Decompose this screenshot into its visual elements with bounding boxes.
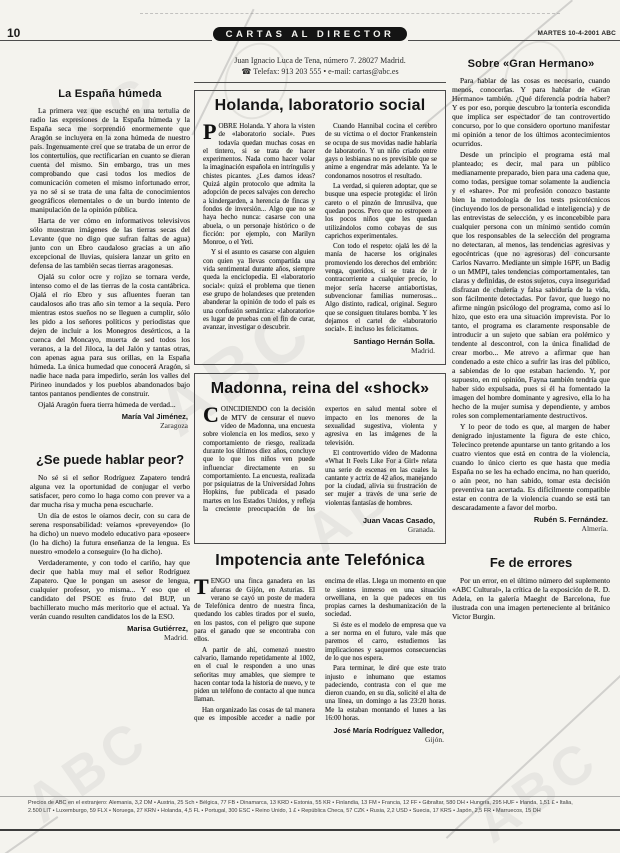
signature: Juan Vacas Casado, Granada. [203,516,435,534]
fineprint-rule [0,796,620,797]
signature-place: Madrid. [30,633,188,642]
article-madonna-reina-del-shock: Madonna, reina del «shock» COINCIDIENDO … [194,373,446,544]
article-title: Impotencia ante Telefónica [194,552,446,570]
signature-author: Marisa Gutiérrez, [30,624,188,633]
paragraph: Desde un principio el programa está mal … [452,150,610,420]
paragraph: Ojalá su color ocre y rojizo se tornara … [30,272,190,398]
signature: José María Rodríguez Valledor, Gijón. [194,726,444,744]
signature: Santiago Hernán Solla. Madrid. [203,337,435,355]
paragraph: Verdaderamente, y con todo el cariño, ha… [30,558,190,621]
signature-author: José María Rodríguez Valledor, [194,726,444,735]
right-column: Sobre «Gran Hermano» Para hablar de las … [452,58,610,796]
scan-scratch-line [0,816,58,853]
bottom-rule [0,829,620,831]
paragraph: El controvertido vídeo de Madonna «What … [325,449,437,507]
price-fineprint: Precios de ABC en el extranjero: Alemani… [28,800,594,815]
article-title: Fe de errores [452,555,610,570]
paragraph: La primera vez que escuché en una tertul… [30,106,190,214]
section-banner: CARTAS AL DIRECTOR [213,27,407,41]
article-impotencia-ante-telefonica: Impotencia ante Telefónica TENGO una fin… [194,552,446,744]
article-title: ¿Se puede hablar peor? [30,452,190,467]
article-title: Madonna, reina del «shock» [203,380,437,398]
signature-author: María Val Jiménez, [30,412,188,421]
header-rule-left [0,40,212,41]
paragraph: Si éste es el modelo de empresa que va a… [325,621,446,662]
signature-place: Madrid. [203,346,435,355]
paragraph: POBRE Holanda. Y ahora la visten de «lab… [203,122,315,246]
article-se-puede-hablar-peor: ¿Se puede hablar peor? No sé si el señor… [30,452,190,642]
article-title: Sobre «Gran Hermano» [452,58,610,70]
left-column: La España húmeda La primera vez que escu… [30,88,190,796]
signature: María Val Jiménez, Zaragoza [30,412,188,430]
paragraph: Un día de estos le oíamos decir, con su … [30,511,190,556]
paragraph: TENGO una finca ganadera en las afueras … [194,577,315,643]
paragraph: Y lo peor de todo es que, al margen de h… [452,422,610,512]
newspaper-page: ABC ABC ABC ABC ABC ABC 10 CARTAS AL DIR… [0,0,620,853]
signature-place: Almería. [452,524,608,533]
paragraph: Y si el asunto es casarse con alguien co… [203,248,315,331]
paragraph: Con todo el respeto: ojalá les dé la man… [325,242,437,333]
signature-place: Zaragoza [30,421,188,430]
page-date: MARTES 10-4-2001 ABC [537,30,616,37]
fineprint-line: 2.500 LIT • Luxemburgo, 59 FLX • Noruega… [28,808,594,816]
article-fe-de-errores: Fe de errores Por un error, en el último… [452,555,610,621]
paragraph: Para terminar, le diré que este trato in… [325,664,446,722]
center-column: Juan Ignacio Luca de Tena, número 7. 280… [194,55,446,798]
article-title: Holanda, laboratorio social [203,97,437,115]
page-number: 10 [7,26,20,40]
paragraph: Ojalá Aragón fuera tierra húmeda de verd… [30,400,190,409]
article-la-espana-humeda: La España húmeda La primera vez que escu… [30,88,190,430]
signature-place: Gijón. [194,735,444,744]
signature: Rubén S. Fernández. Almería. [452,515,608,533]
signature-author: Santiago Hernán Solla. [203,337,435,346]
header-rule-right [408,40,620,41]
signature-author: Rubén S. Fernández. [452,515,608,524]
article-body-two-columns: COINCIDIENDO con la decisión de MTV de c… [203,405,437,513]
address-rule [194,82,446,83]
fineprint-line: Precios de ABC en el extranjero: Alemani… [28,800,594,808]
paragraph: Por un error, en el último número del su… [452,576,610,621]
letters-address-block: Juan Ignacio Luca de Tena, número 7. 280… [194,55,446,77]
top-dashed-rule [140,13,560,14]
paragraph: Cuando Hannibal cocina el cerebro de su … [325,122,437,180]
article-body-two-columns: POBRE Holanda. Y ahora la visten de «lab… [203,122,437,334]
paragraph: La verdad, si quieren adoptar, que se bu… [325,182,437,240]
paragraph: A partir de ahí, comenzó nuestro calvari… [194,646,315,704]
article-holanda-laboratorio-social: Holanda, laboratorio social POBRE Holand… [194,90,446,365]
article-sobre-gran-hermano: Sobre «Gran Hermano» Para hablar de las … [452,58,610,533]
paragraph: Harta de ver cómo en informativos televi… [30,216,190,270]
article-body-two-columns: TENGO una finca ganadera en las afueras … [194,577,446,723]
paragraph: No sé si el señor Rodríguez Zapatero ten… [30,473,190,509]
paragraph: Para hablar de las cosas es necesario, c… [452,76,610,148]
signature: Marisa Gutiérrez, Madrid. [30,624,188,642]
signature-author: Juan Vacas Casado, [203,516,435,525]
article-title: La España húmeda [30,88,190,100]
address-line: Juan Ignacio Luca de Tena, número 7. 280… [194,55,446,66]
contact-line: ☎ Telefax: 913 203 555 • e-mail: cartas@… [194,66,446,77]
signature-place: Granada. [203,525,435,534]
